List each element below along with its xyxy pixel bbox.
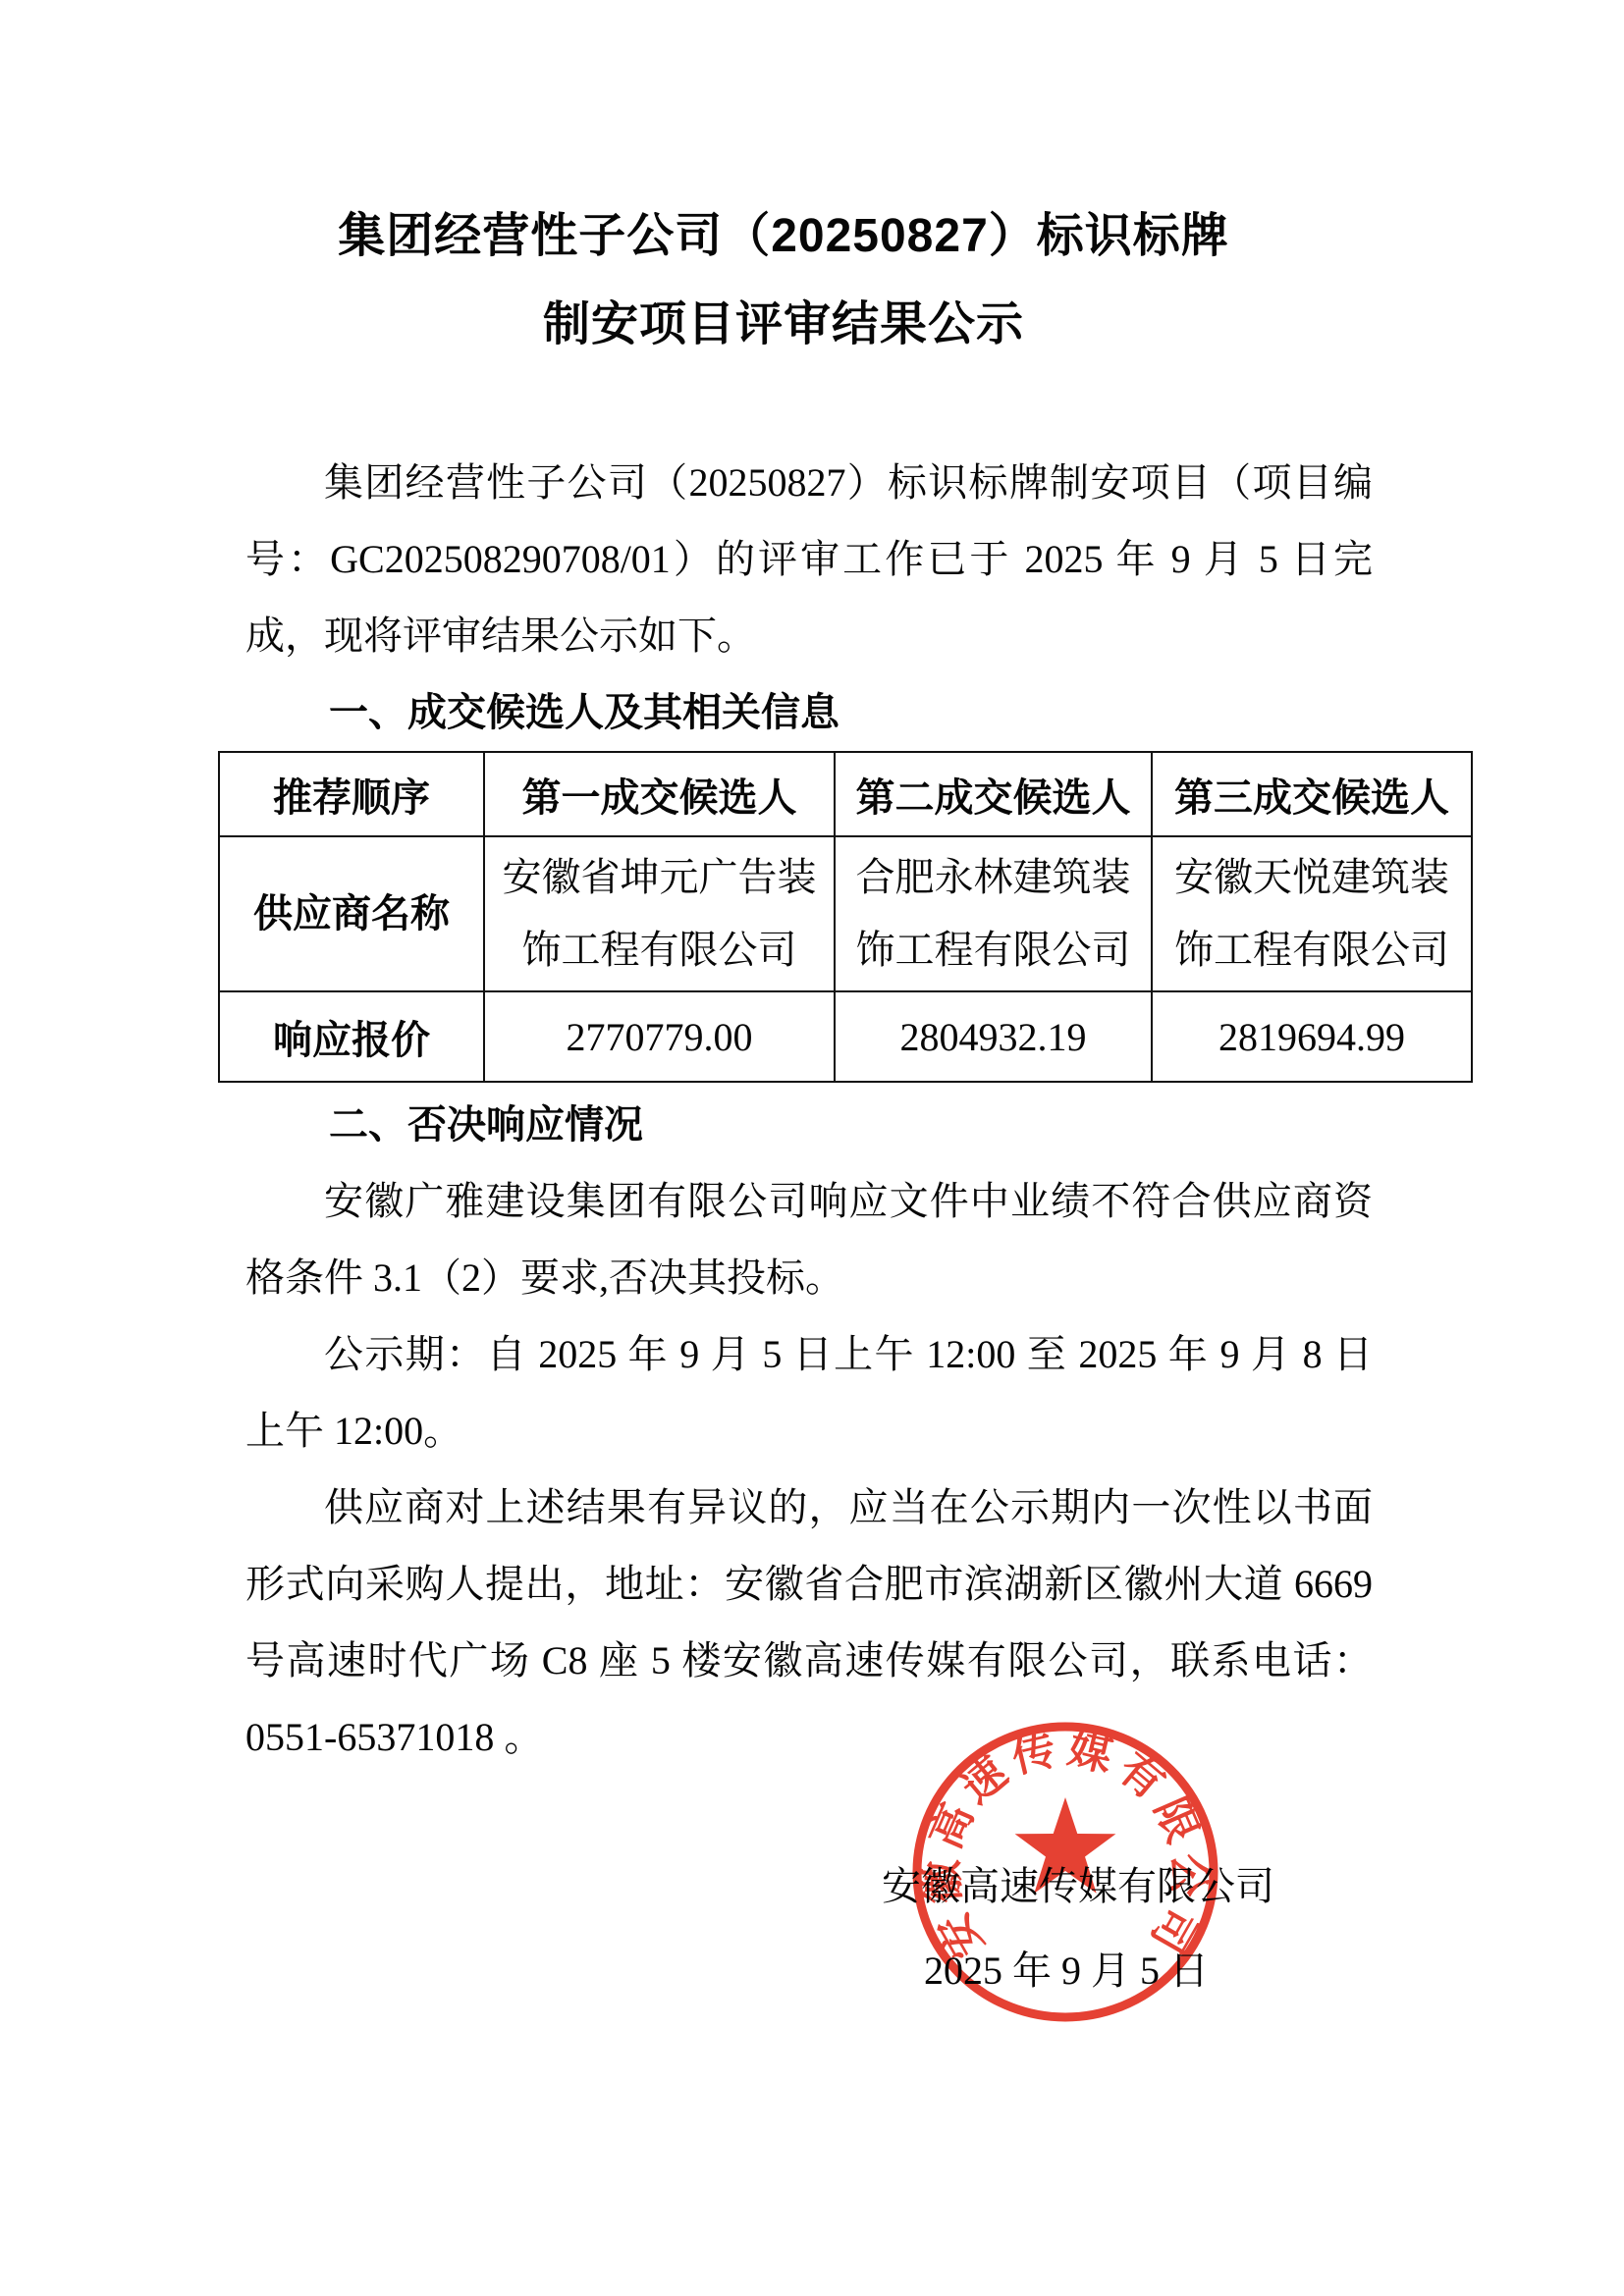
header-candidate-2: 第二成交候选人 — [835, 752, 1152, 836]
table-header-row: 推荐顺序 第一成交候选人 第二成交候选人 第三成交候选人 — [219, 752, 1472, 836]
supplier-name-1: 安徽省坤元广告装饰工程有限公司 — [484, 836, 835, 991]
signature-company: 安徽高速传媒有限公司 — [882, 1848, 1274, 1925]
header-rank: 推荐顺序 — [219, 752, 484, 836]
document-title: 集团经营性子公司（20250827）标识标牌 制安项目评审结果公示 — [157, 192, 1410, 369]
supplier-name-row: 供应商名称 安徽省坤元广告装饰工程有限公司 合肥永林建筑装饰工程有限公司 安徽天… — [219, 836, 1472, 991]
supplier-name-3: 安徽天悦建筑装饰工程有限公司 — [1152, 836, 1472, 991]
header-candidate-3: 第三成交候选人 — [1152, 752, 1472, 836]
supplier-name-2: 合肥永林建筑装饰工程有限公司 — [835, 836, 1152, 991]
price-3: 2819694.99 — [1152, 991, 1472, 1082]
price-2: 2804932.19 — [835, 991, 1152, 1082]
signature-date: 2025 年 9 月 5 日 — [924, 1933, 1209, 2009]
notice-period-paragraph: 公示期：自 2025 年 9 月 5 日上午 12:00 至 2025 年 9 … — [245, 1316, 1373, 1469]
supplier-row-label: 供应商名称 — [219, 836, 484, 991]
candidates-table: 推荐顺序 第一成交候选人 第二成交候选人 第三成交候选人 供应商名称 安徽省坤元… — [218, 751, 1473, 1083]
intro-paragraph: 集团经营性子公司（20250827）标识标牌制安项目（项目编号：GC202508… — [245, 445, 1373, 674]
price-1: 2770779.00 — [484, 991, 835, 1082]
price-row-label: 响应报价 — [219, 991, 484, 1082]
rejection-paragraph: 安徽广雅建设集团有限公司响应文件中业绩不符合供应商资格条件 3.1（2）要求,否… — [245, 1163, 1373, 1316]
title-line-2: 制安项目评审结果公示 — [157, 281, 1410, 369]
section1-heading: 一、成交候选人及其相关信息 — [245, 674, 1373, 751]
header-candidate-1: 第一成交候选人 — [484, 752, 835, 836]
price-row: 响应报价 2770779.00 2804932.19 2819694.99 — [219, 991, 1472, 1082]
title-line-1: 集团经营性子公司（20250827）标识标牌 — [157, 192, 1410, 281]
section2-heading: 二、否决响应情况 — [245, 1087, 1373, 1163]
objection-paragraph: 供应商对上述结果有异议的，应当在公示期内一次性以书面形式向采购人提出，地址：安徽… — [245, 1469, 1373, 1776]
document-page: 集团经营性子公司（20250827）标识标牌 制安项目评审结果公示 集团经营性子… — [0, 0, 1624, 2296]
